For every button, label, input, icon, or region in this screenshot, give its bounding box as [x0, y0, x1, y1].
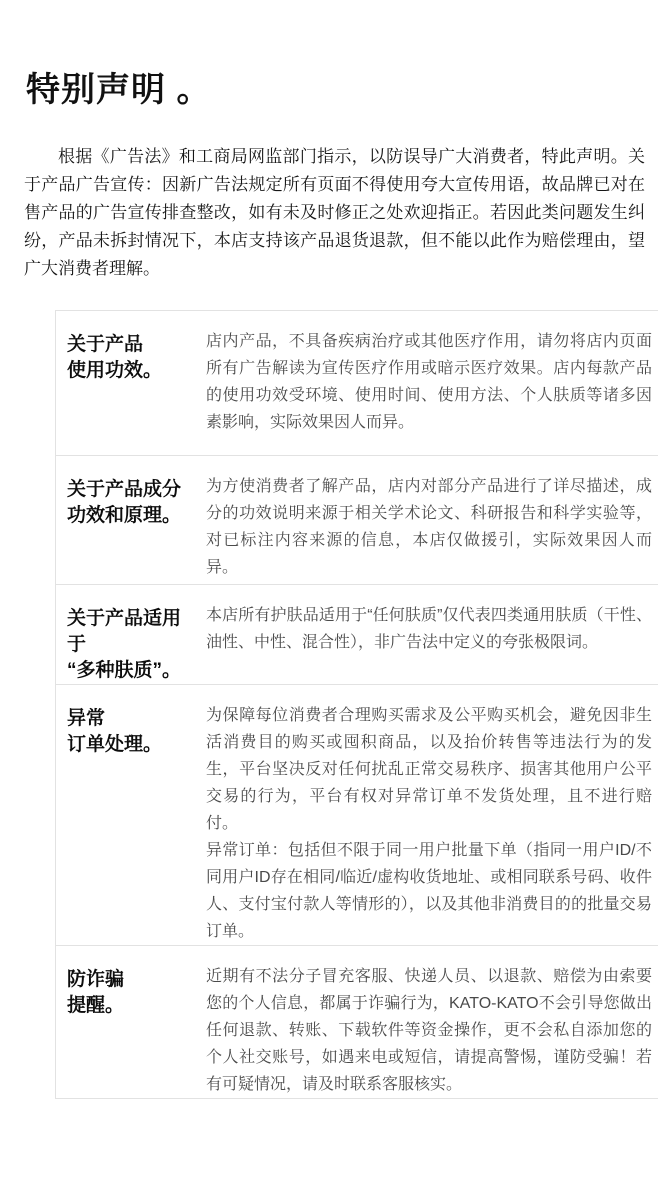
page-title: 特别声明 。	[0, 0, 670, 110]
disclaimer-table: 关于产品 使用功效。 店内产品，不具备疾病治疗或其他医疗作用，请勿将店内页面所有…	[55, 310, 658, 1099]
row-title: 防诈骗 提醒。	[56, 963, 206, 1098]
table-row-product-efficacy: 关于产品 使用功效。 店内产品，不具备疾病治疗或其他医疗作用，请勿将店内页面所有…	[56, 310, 658, 455]
row-body: 店内产品，不具备疾病治疗或其他医疗作用，请勿将店内页面所有广告解读为宣传医疗作用…	[206, 328, 658, 455]
row-body: 为方使消费者了解产品，店内对部分产品进行了详尽描述，成分的功效说明来源于相关学术…	[206, 473, 658, 584]
disclaimer-page: 特别声明 。 根据《广告法》和工商局网监部门指示，以防误导广大消费者，特此声明。…	[0, 0, 670, 1200]
row-body: 近期有不法分子冒充客服、快递人员、以退款、赔偿为由索要您的个人信息，都属于诈骗行…	[206, 963, 658, 1098]
row-title: 异常 订单处理。	[56, 702, 206, 945]
table-row-ingredient-principle: 关于产品成分 功效和原理。 为方使消费者了解产品，店内对部分产品进行了详尽描述，…	[56, 455, 658, 584]
intro-paragraph: 根据《广告法》和工商局网监部门指示，以防误导广大消费者，特此声明。关于产品广告宣…	[24, 143, 645, 283]
table-row-abnormal-orders: 异常 订单处理。 为保障每位消费者合理购买需求及公平购买机会，避免因非生活消费目…	[56, 684, 658, 945]
row-title: 关于产品适用于 “多种肤质”。	[56, 602, 206, 684]
row-title: 关于产品 使用功效。	[56, 328, 206, 455]
row-body: 为保障每位消费者合理购买需求及公平购买机会，避免因非生活消费目的购买或囤积商品，…	[206, 702, 658, 945]
row-body: 本店所有护肤品适用于“任何肤质”仅代表四类通用肤质（干性、油性、中性、混合性），…	[206, 602, 658, 684]
table-row-anti-fraud: 防诈骗 提醒。 近期有不法分子冒充客服、快递人员、以退款、赔偿为由索要您的个人信…	[56, 945, 658, 1098]
row-title: 关于产品成分 功效和原理。	[56, 473, 206, 584]
table-row-skin-types: 关于产品适用于 “多种肤质”。 本店所有护肤品适用于“任何肤质”仅代表四类通用肤…	[56, 584, 658, 684]
